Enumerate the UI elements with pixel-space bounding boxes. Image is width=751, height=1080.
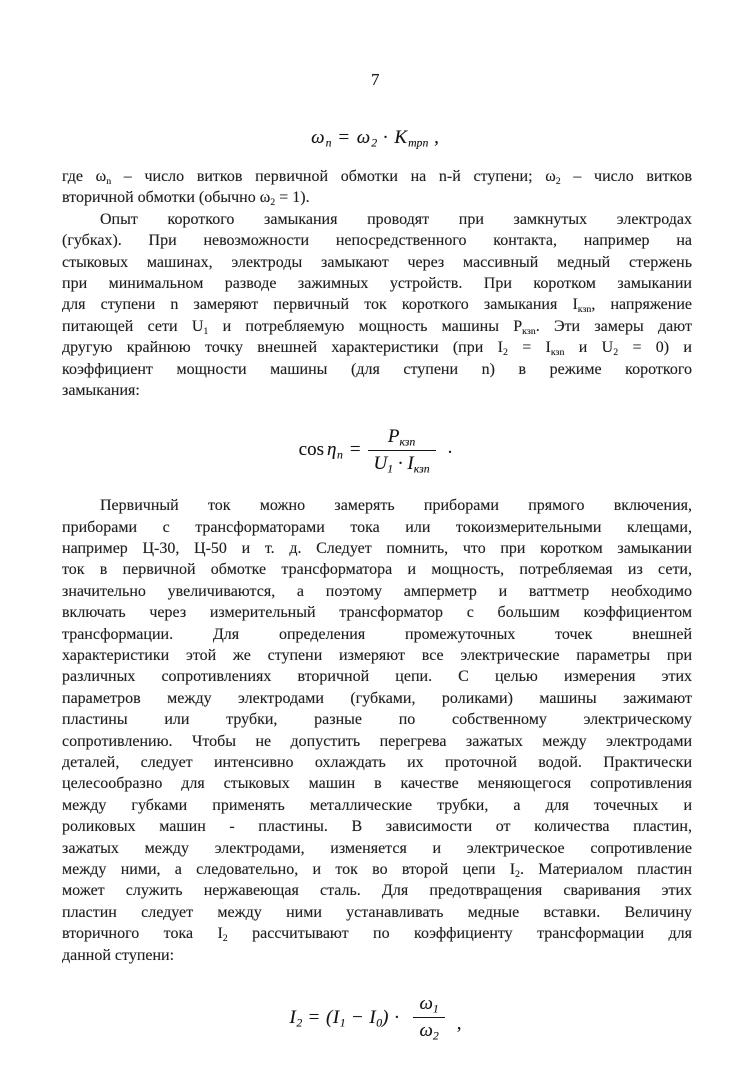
fraction-numerator: Pкзn bbox=[382, 426, 421, 450]
paragraph-where-definition: где ωn – число витков первичной обмотки … bbox=[62, 166, 692, 209]
text-line: деталей, следует интенсивно охлаждать их… bbox=[62, 752, 692, 773]
text-line: параметров между электродами (губками, р… bbox=[62, 688, 692, 709]
formula-current-lhs: I2 = (I1 − I0) · bbox=[289, 1007, 399, 1029]
page-number: 7 bbox=[0, 0, 751, 90]
text-line: сопротивлению. Чтобы не допустить перегр… bbox=[62, 731, 692, 752]
text-line: пластины или трубки, разные по собственн… bbox=[62, 709, 692, 730]
text-line: целесообразно для стыковых машин в качес… bbox=[62, 773, 692, 794]
scanned-document-page: 7 ωn = ω2 · Kтрn , где ωn – число витков… bbox=[0, 0, 751, 1080]
text-line: Опыт короткого замыкания проводят при за… bbox=[62, 209, 692, 230]
text-line: другую крайнюю точку внешней характерист… bbox=[62, 337, 692, 358]
fraction-numerator: ω1 bbox=[413, 993, 444, 1017]
formula-cos-period: . bbox=[448, 437, 453, 459]
text-line: между ними, а следовательно, и ток во вт… bbox=[62, 859, 692, 880]
text-line: Первичный ток можно замерять приборами п… bbox=[62, 495, 692, 516]
text-line: характеристики этой же ступени измеряют … bbox=[62, 645, 692, 666]
text-line: включать через измерительный трансформат… bbox=[62, 602, 692, 623]
fraction-denominator: ω2 bbox=[413, 1018, 444, 1042]
formula-current-fraction: ω1 ω2 bbox=[413, 993, 444, 1042]
text-line: питающей сети U1 и потребляемую мощность… bbox=[62, 316, 692, 337]
formula-cos-fraction: Pкзn U1 · Iкзn bbox=[368, 426, 436, 475]
text-line: при минимальном разводе зажимных устройс… bbox=[62, 273, 692, 294]
text-line: (губках). При невозможности непосредстве… bbox=[62, 230, 692, 251]
text-line: значительно увеличиваются, а поэтому амп… bbox=[62, 581, 692, 602]
formula-power-factor: cos ηn = Pкзn U1 · Iкзn . bbox=[0, 422, 751, 478]
formula-secondary-current: I2 = (I1 − I0) · ω1 ω2 , bbox=[0, 992, 751, 1044]
text-line: различных сопротивлениях вторичной цепи.… bbox=[62, 666, 692, 687]
paragraph-primary-current: Первичный ток можно замерять приборами п… bbox=[62, 495, 692, 966]
text-line: стыковых машинах, электроды замыкают чер… bbox=[62, 252, 692, 273]
text-line: приборами с трансформаторами тока или то… bbox=[62, 517, 692, 538]
formula-winding-expression: ωn = ω2 · Kтрn , bbox=[311, 127, 440, 149]
formula-cos-function: cos bbox=[299, 439, 324, 461]
text-column: где ωn – число витков первичной обмотки … bbox=[62, 166, 692, 401]
text-line: может служить нержавеющая сталь. Для пре… bbox=[62, 880, 692, 901]
paragraph-short-circuit-test: Опыт короткого замыкания проводят при за… bbox=[62, 209, 692, 402]
formula-winding-ratio: ωn = ω2 · Kтрn , bbox=[0, 123, 751, 153]
text-line: пластин следует между ними устанавливать… bbox=[62, 902, 692, 923]
formula-cos-lhs: ηn bbox=[327, 439, 343, 461]
text-line: вторичной обмотки (обычно ω2 = 1). bbox=[62, 187, 692, 208]
text-line: зажатых между электродами, изменяется и … bbox=[62, 838, 692, 859]
text-line: роликовых машин - пластины. В зависимост… bbox=[62, 816, 692, 837]
fraction-denominator: U1 · Iкзn bbox=[368, 451, 436, 475]
text-column-lower: Первичный ток можно замерять приборами п… bbox=[62, 495, 692, 966]
text-line: где ωn – число витков первичной обмотки … bbox=[62, 166, 692, 187]
text-line: коэффициент мощности машины (для ступени… bbox=[62, 359, 692, 380]
text-line: трансформации. Для определения промежуто… bbox=[62, 624, 692, 645]
text-line: например Ц-30, Ц-50 и т. д. Следует помн… bbox=[62, 538, 692, 559]
text-line: вторичного тока I2 рассчитывают по коэфф… bbox=[62, 923, 692, 944]
text-line: для ступени n замеряют первичный ток кор… bbox=[62, 294, 692, 315]
formula-cos-equals: = bbox=[350, 439, 361, 461]
text-line: ток в первичной обмотке трансформатора и… bbox=[62, 559, 692, 580]
formula-current-comma: , bbox=[457, 1013, 462, 1035]
text-line: между губками применять металлические тр… bbox=[62, 795, 692, 816]
text-line: данной ступени: bbox=[62, 945, 692, 966]
text-line: замыкания: bbox=[62, 380, 692, 401]
